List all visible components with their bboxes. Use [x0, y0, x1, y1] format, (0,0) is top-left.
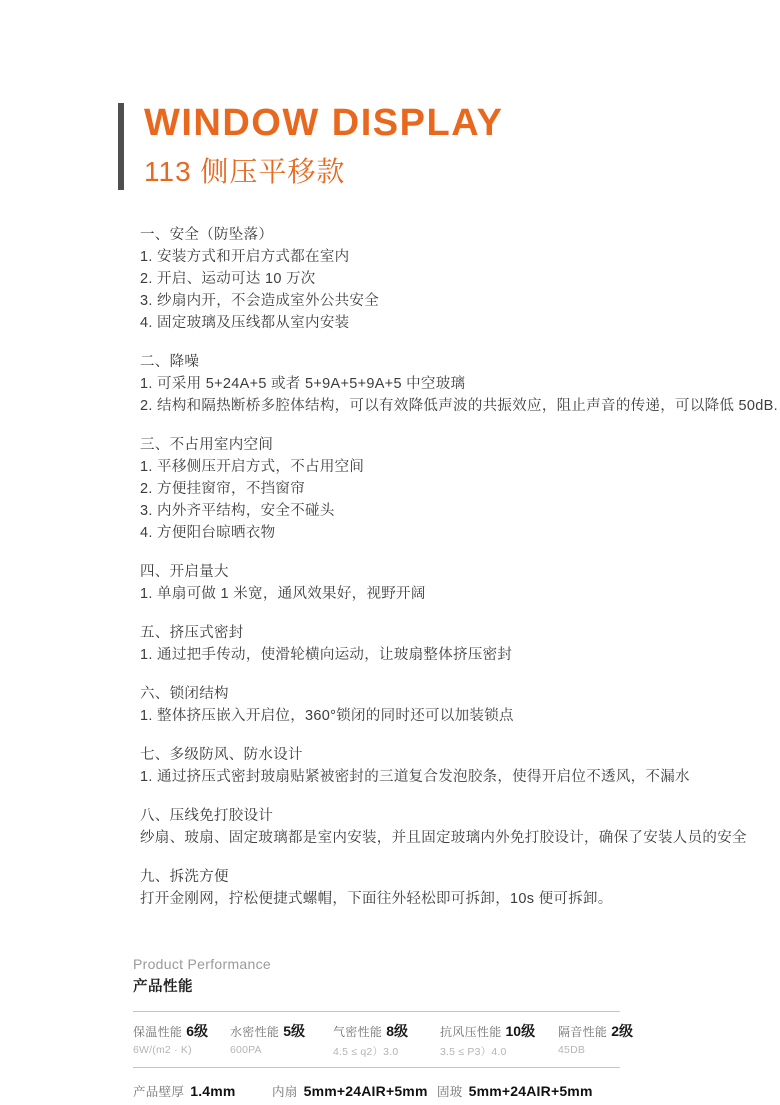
- performance-metric: 保温性能6级6W/(m2 · K): [133, 1021, 230, 1059]
- page-subtitle: 113 侧压平移款: [144, 150, 504, 190]
- metric-top: 隔音性能2级: [558, 1021, 620, 1041]
- section-item: 3. 纱扇内开，不会造成室外公共安全: [140, 290, 770, 312]
- performance-label-zh: 产品性能: [133, 975, 620, 996]
- spec-value: 5mm+24AIR+5mm: [304, 1083, 428, 1099]
- section-item: 2. 方便挂窗帘，不挡窗帘: [140, 478, 770, 500]
- section-heading: 九、拆洗方便: [140, 866, 770, 888]
- section-item: 打开金刚网，拧松便捷式螺帽，下面往外轻松即可拆卸，10s 便可拆卸。: [140, 888, 770, 910]
- section-heading: 八、压线免打胶设计: [140, 805, 770, 827]
- section-heading: 七、多级防风、防水设计: [140, 744, 770, 766]
- metric-detail: 600PA: [230, 1044, 333, 1056]
- product-spec: 内扇5mm+24AIR+5mm: [272, 1082, 437, 1101]
- section-item: 1. 可采用 5+24A+5 或者 5+9A+5+9A+5 中空玻璃: [140, 373, 770, 395]
- feature-section: 四、开启量大1. 单扇可做 1 米宽，通风效果好，视野开阔: [140, 561, 770, 605]
- feature-sections: 一、安全（防坠落）1. 安装方式和开启方式都在室内2. 开启、运动可达 10 万…: [140, 224, 770, 927]
- metric-grade: 8级: [386, 1023, 408, 1039]
- metric-detail: 4.5 ≤ q2）3.0: [333, 1044, 440, 1059]
- section-item: 1. 通过把手传动，使滑轮横向运动，让玻扇整体挤压密封: [140, 644, 770, 666]
- spec-name: 固玻: [437, 1085, 463, 1099]
- product-spec: 产品壁厚1.4mm: [133, 1082, 272, 1101]
- section-item: 2. 结构和隔热断桥多腔体结构，可以有效降低声波的共振效应，阻止声音的传递，可以…: [140, 395, 770, 417]
- section-item: 1. 安装方式和开启方式都在室内: [140, 246, 770, 268]
- section-heading: 五、挤压式密封: [140, 622, 770, 644]
- section-heading: 六、锁闭结构: [140, 683, 770, 705]
- spec-name: 内扇: [272, 1085, 298, 1099]
- product-sheet-page: WINDOW DISPLAY 113 侧压平移款 一、安全（防坠落）1. 安装方…: [0, 0, 780, 1105]
- spec-name: 产品壁厚: [133, 1085, 184, 1099]
- header-text: WINDOW DISPLAY 113 侧压平移款: [144, 103, 504, 190]
- metric-top: 水密性能5级: [230, 1021, 333, 1041]
- feature-section: 九、拆洗方便打开金刚网，拧松便捷式螺帽，下面往外轻松即可拆卸，10s 便可拆卸。: [140, 866, 770, 910]
- metric-grade: 2级: [611, 1023, 633, 1039]
- metric-top: 保温性能6级: [133, 1021, 230, 1041]
- section-heading: 三、不占用室内空间: [140, 434, 770, 456]
- feature-section: 三、不占用室内空间1. 平移侧压开启方式，不占用空间2. 方便挂窗帘，不挡窗帘3…: [140, 434, 770, 544]
- section-item: 4. 方便阳台晾晒衣物: [140, 522, 770, 544]
- accent-bar: [118, 103, 124, 190]
- section-heading: 一、安全（防坠落）: [140, 224, 770, 246]
- metric-name: 气密性能: [333, 1025, 382, 1039]
- metric-detail: 45DB: [558, 1044, 620, 1056]
- product-specs-row: 产品壁厚1.4mm内扇5mm+24AIR+5mm固玻5mm+24AIR+5mm: [133, 1068, 620, 1101]
- performance-metric: 抗风压性能10级3.5 ≤ P3）4.0: [440, 1021, 558, 1059]
- spec-value: 1.4mm: [190, 1083, 235, 1099]
- section-item: 2. 开启、运动可达 10 万次: [140, 268, 770, 290]
- metric-name: 隔音性能: [558, 1025, 607, 1039]
- performance-metric: 水密性能5级600PA: [230, 1021, 333, 1059]
- feature-section: 五、挤压式密封1. 通过把手传动，使滑轮横向运动，让玻扇整体挤压密封: [140, 622, 770, 666]
- metric-name: 水密性能: [230, 1025, 279, 1039]
- metric-detail: 3.5 ≤ P3）4.0: [440, 1044, 558, 1059]
- performance-block: Product Performance 产品性能 保温性能6级6W/(m2 · …: [133, 956, 620, 1101]
- metric-name: 保温性能: [133, 1025, 182, 1039]
- feature-section: 七、多级防风、防水设计1. 通过挤压式密封玻扇贴紧被密封的三道复合发泡胶条，使得…: [140, 744, 770, 788]
- section-item: 1. 整体挤压嵌入开启位，360°锁闭的同时还可以加装锁点: [140, 705, 770, 727]
- performance-metric: 隔音性能2级45DB: [558, 1021, 620, 1059]
- product-spec: 固玻5mm+24AIR+5mm: [437, 1082, 593, 1101]
- section-item: 纱扇、玻扇、固定玻璃都是室内安装，并且固定玻璃内外免打胶设计，确保了安装人员的安…: [140, 827, 770, 849]
- section-heading: 二、降噪: [140, 351, 770, 373]
- section-item: 1. 平移侧压开启方式，不占用空间: [140, 456, 770, 478]
- section-item: 1. 通过挤压式密封玻扇贴紧被密封的三道复合发泡胶条，使得开启位不透风，不漏水: [140, 766, 770, 788]
- feature-section: 六、锁闭结构1. 整体挤压嵌入开启位，360°锁闭的同时还可以加装锁点: [140, 683, 770, 727]
- section-heading: 四、开启量大: [140, 561, 770, 583]
- spec-value: 5mm+24AIR+5mm: [469, 1083, 593, 1099]
- section-item: 4. 固定玻璃及压线都从室内安装: [140, 312, 770, 334]
- performance-label-en: Product Performance: [133, 956, 620, 972]
- metric-top: 抗风压性能10级: [440, 1021, 558, 1041]
- section-item: 3. 内外齐平结构，安全不碰头: [140, 500, 770, 522]
- performance-metric: 气密性能8级4.5 ≤ q2）3.0: [333, 1021, 440, 1059]
- performance-metrics-row: 保温性能6级6W/(m2 · K)水密性能5级600PA气密性能8级4.5 ≤ …: [133, 1012, 620, 1067]
- page-title: WINDOW DISPLAY: [144, 103, 504, 145]
- metric-grade: 6级: [186, 1023, 208, 1039]
- feature-section: 二、降噪1. 可采用 5+24A+5 或者 5+9A+5+9A+5 中空玻璃2.…: [140, 351, 770, 417]
- section-item: 1. 单扇可做 1 米宽，通风效果好，视野开阔: [140, 583, 770, 605]
- feature-section: 一、安全（防坠落）1. 安装方式和开启方式都在室内2. 开启、运动可达 10 万…: [140, 224, 770, 334]
- metric-grade: 5级: [283, 1023, 305, 1039]
- metric-top: 气密性能8级: [333, 1021, 440, 1041]
- feature-section: 八、压线免打胶设计纱扇、玻扇、固定玻璃都是室内安装，并且固定玻璃内外免打胶设计，…: [140, 805, 770, 849]
- header: WINDOW DISPLAY 113 侧压平移款: [118, 103, 504, 190]
- metric-grade: 10级: [506, 1023, 536, 1039]
- metric-name: 抗风压性能: [440, 1025, 502, 1039]
- metric-detail: 6W/(m2 · K): [133, 1044, 230, 1056]
